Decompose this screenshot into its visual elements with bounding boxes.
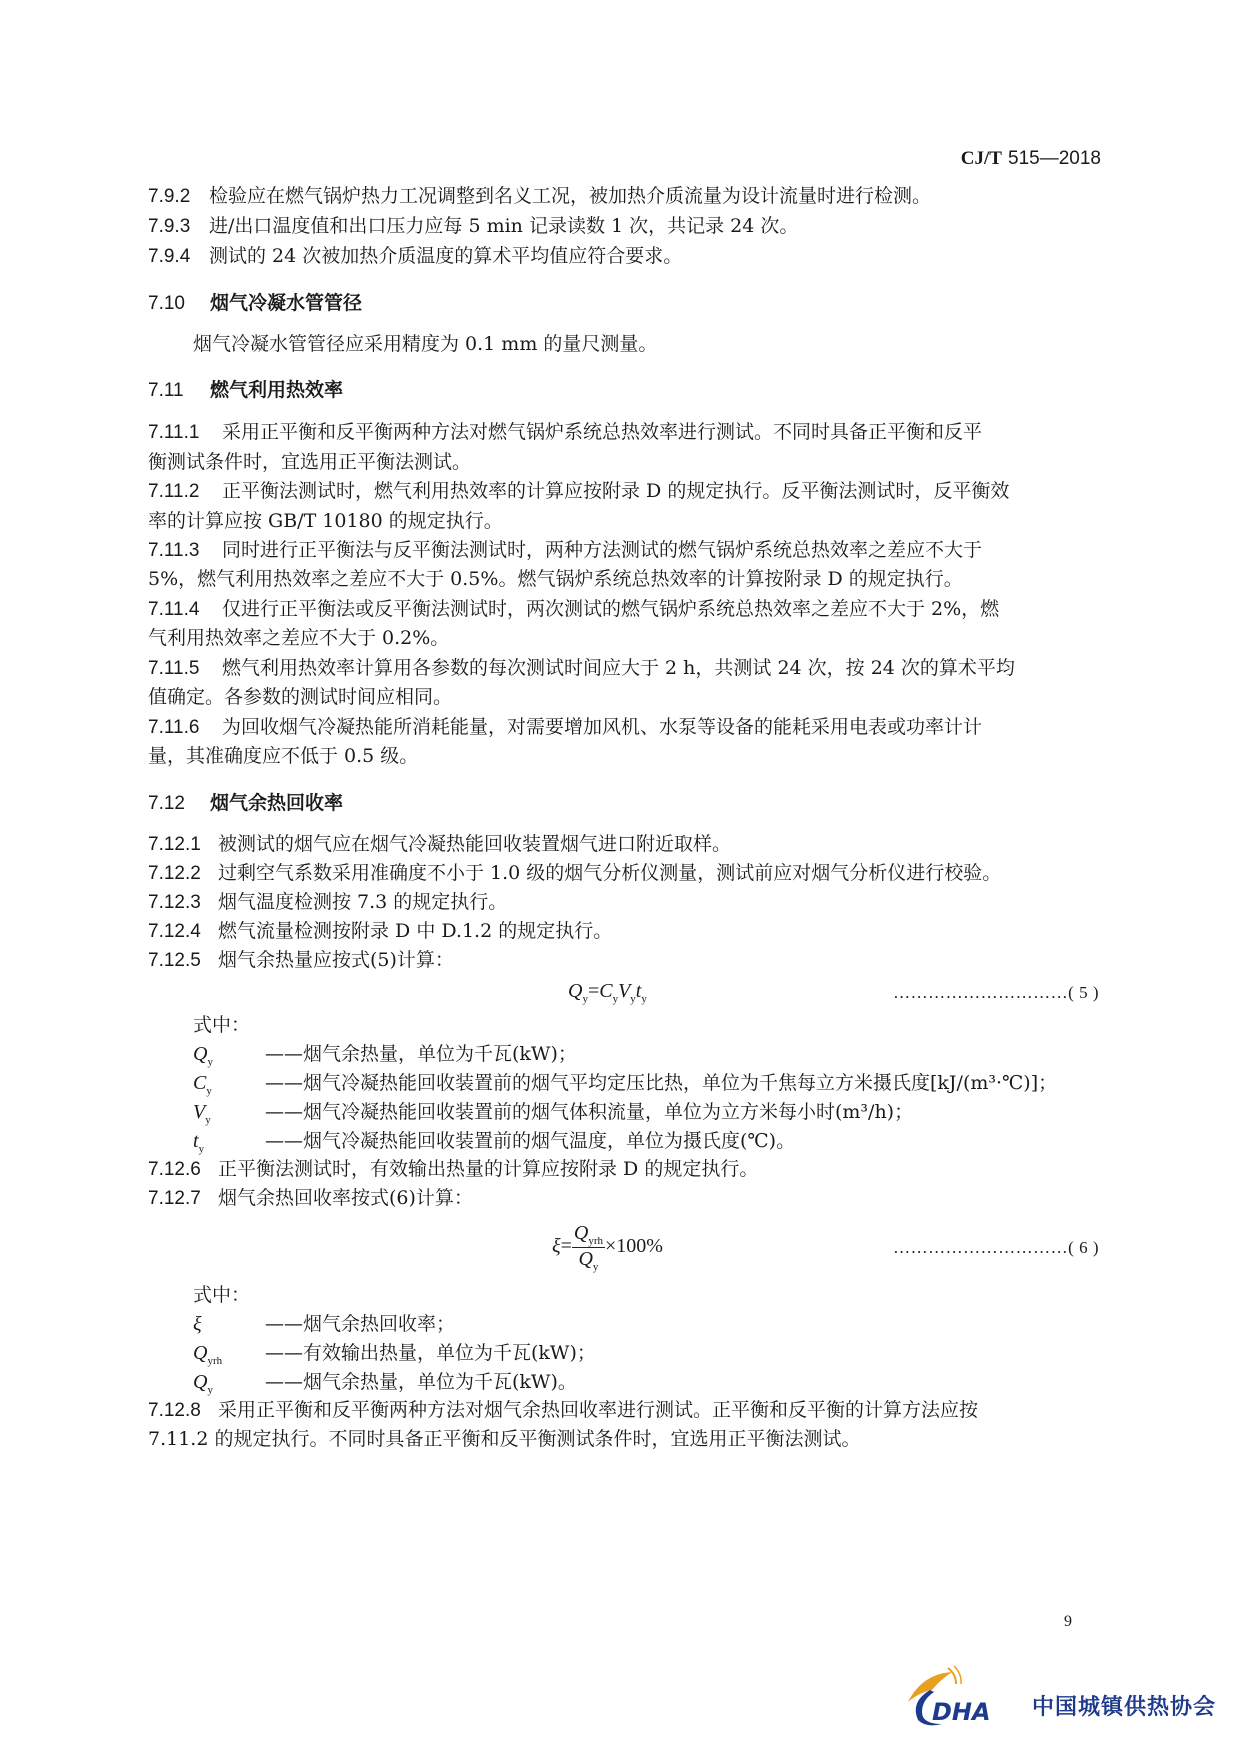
- clause-7-12-7: 7.12.7烟气余热回收率按式(6)计算：: [148, 1185, 473, 1212]
- section-title: 烟气冷凝水管管径: [210, 292, 362, 314]
- section-title: 燃气利用热效率: [210, 379, 343, 401]
- variable-description: ——有效输出热量，单位为千瓦(kW)；: [265, 1342, 596, 1364]
- clause-text: 正平衡法测试时，有效输出热量的计算应按附录 D 的规定执行。: [218, 1158, 758, 1180]
- clause-text: 测试的 24 次被加热介质温度的算术平均值应符合要求。: [209, 245, 682, 267]
- formula-symbol: V: [618, 980, 630, 1002]
- section-heading-7-10: 7.10烟气冷凝水管管径: [148, 288, 362, 315]
- clause-7-9-3: 7.9.3进/出口温度值和出口压力应每 5 min 记录读数 1 次，共记录 2…: [148, 213, 798, 240]
- section-number: 7.10: [148, 293, 210, 315]
- clause-7-11-1-cont: 衡测试条件时，宜选用正平衡法测试。: [148, 449, 471, 475]
- clause-7-12-3: 7.12.3烟气温度检测按 7.3 的规定执行。: [148, 889, 507, 916]
- clause-7-11-6: 7.11.6为回收烟气冷凝热能所消耗能量，对需要增加风机、水泵等设备的能耗采用电…: [148, 714, 982, 741]
- clause-7-12-8-cont: 7.11.2 的规定执行。不同时具备正平衡和反平衡测试条件时，宜选用正平衡法测试…: [148, 1426, 860, 1452]
- clause-7-11-2-cont: 率的计算应按 GB/T 10180 的规定执行。: [148, 508, 503, 534]
- formula-symbol: ξ: [552, 1235, 561, 1257]
- clause-text: 烟气温度检测按 7.3 的规定执行。: [218, 891, 507, 913]
- clause-text: 燃气利用热效率计算用各参数的每次测试时间应大于 2 h，共测试 24 次，按 2…: [222, 657, 1015, 679]
- variable-description: ——烟气余热量，单位为千瓦(kW)。: [265, 1371, 577, 1393]
- standard-code-header: CJ/T 515—2018: [961, 147, 1101, 170]
- clause-number: 7.12.3: [148, 890, 218, 916]
- clause-7-12-2: 7.12.2过剩空气系数采用准确度不小于 1.0 级的烟气分析仪测量，测试前应对…: [148, 860, 1001, 887]
- logo-organization-name: 中国城镇供热协会: [1032, 1690, 1216, 1721]
- clause-number: 7.11.2: [148, 479, 222, 505]
- formula-symbol: Q: [568, 980, 582, 1002]
- clause-text: 燃气流量检测按附录 D 中 D.1.2 的规定执行。: [218, 920, 612, 942]
- variable-description: ——烟气冷凝热能回收装置前的烟气温度，单位为摄氏度(℃)。: [265, 1130, 795, 1152]
- dha-logo-mark-icon: DHA: [902, 1662, 1032, 1732]
- clause-number: 7.12.1: [148, 832, 218, 858]
- formula-equals: =: [588, 980, 599, 1002]
- formula-multiplier: ×100%: [605, 1235, 663, 1257]
- clause-number: 7.12.7: [148, 1186, 218, 1212]
- formula-6: ξ=QyrhQy×100%: [552, 1222, 663, 1273]
- clause-7-11-4-cont: 气利用热效率之差应不大于 0.2%。: [148, 625, 449, 651]
- section-title: 烟气余热回收率: [210, 792, 343, 814]
- clause-text: 烟气余热量应按式(5)计算：: [218, 949, 454, 971]
- clause-7-11-5-cont: 值确定。各参数的测试时间应相同。: [148, 684, 452, 710]
- clause-text: 被测试的烟气应在烟气冷凝热能回收装置烟气进口附近取样。: [218, 833, 731, 855]
- where-label-2: 式中：: [193, 1282, 250, 1308]
- clause-text: 过剩空气系数采用准确度不小于 1.0 级的烟气分析仪测量，测试前应对烟气分析仪进…: [218, 862, 1001, 884]
- clause-7-11-1: 7.11.1采用正平衡和反平衡两种方法对燃气锅炉系统总热效率进行测试。不同时具备…: [148, 419, 982, 446]
- clause-text: 仅进行正平衡法或反平衡法测试时，两次测试的燃气锅炉系统总热效率之差应不大于 2%…: [222, 598, 999, 620]
- clause-text: 烟气余热回收率按式(6)计算：: [218, 1187, 473, 1209]
- clause-number: 7.12.2: [148, 861, 218, 887]
- where-label: 式中：: [193, 1012, 250, 1038]
- clause-text: 采用正平衡和反平衡两种方法对烟气余热回收率进行测试。正平衡和反平衡的计算方法应按: [218, 1399, 978, 1421]
- clause-7-11-4: 7.11.4仅进行正平衡法或反平衡法测试时，两次测试的燃气锅炉系统总热效率之差应…: [148, 596, 999, 623]
- clause-7-9-2: 7.9.2检验应在燃气锅炉热力工况调整到名义工况，被加热介质流量为设计流量时进行…: [148, 183, 931, 210]
- clause-7-12-1: 7.12.1被测试的烟气应在烟气冷凝热能回收装置烟气进口附近取样。: [148, 831, 731, 858]
- clause-number: 7.12.4: [148, 919, 218, 945]
- clause-7-11-2: 7.11.2正平衡法测试时，燃气利用热效率的计算应按附录 D 的规定执行。反平衡…: [148, 478, 1009, 505]
- clause-7-12-8: 7.12.8采用正平衡和反平衡两种方法对烟气余热回收率进行测试。正平衡和反平衡的…: [148, 1397, 978, 1424]
- variable-description: ——烟气冷凝热能回收装置前的烟气平均定压比热，单位为千焦每立方米摄氏度[kJ/(…: [265, 1072, 1057, 1094]
- standard-number: 515—2018: [1008, 148, 1101, 169]
- formula-symbol: C: [599, 980, 612, 1002]
- formula-5: Qy=CyVyty: [568, 980, 647, 1005]
- section-heading-7-12: 7.12烟气余热回收率: [148, 788, 343, 815]
- clause-text: 同时进行正平衡法与反平衡法测试时，两种方法测试的燃气锅炉系统总热效率之差应不大于: [222, 539, 982, 561]
- variable-description: ——烟气冷凝热能回收装置前的烟气体积流量，单位为立方米每小时(m³/h)；: [265, 1101, 913, 1123]
- clause-number: 7.11.3: [148, 538, 222, 564]
- clause-7-12-5: 7.12.5烟气余热量应按式(5)计算：: [148, 947, 454, 974]
- clause-7-11-5: 7.11.5燃气利用热效率计算用各参数的每次测试时间应大于 2 h，共测试 24…: [148, 655, 1015, 682]
- formula-fraction: QyrhQy: [572, 1222, 605, 1273]
- variable-description: ——烟气余热回收率；: [265, 1313, 455, 1335]
- document-page: CJ/T 515—2018 7.9.2检验应在燃气锅炉热力工况调整到名义工况，被…: [0, 0, 1241, 1754]
- clause-number: 7.9.2: [148, 184, 209, 210]
- section-number: 7.11: [148, 380, 210, 402]
- page-number: 9: [1064, 1613, 1072, 1631]
- equation-number-5: …………………………( 5 ): [893, 983, 1099, 1003]
- clause-number: 7.11.5: [148, 656, 222, 682]
- clause-text: 检验应在燃气锅炉热力工况调整到名义工况，被加热介质流量为设计流量时进行检测。: [209, 185, 931, 207]
- clause-number: 7.11.4: [148, 597, 222, 623]
- clause-7-12-4: 7.12.4燃气流量检测按附录 D 中 D.1.2 的规定执行。: [148, 918, 612, 945]
- clause-7-12-6: 7.12.6正平衡法测试时，有效输出热量的计算应按附录 D 的规定执行。: [148, 1156, 758, 1183]
- standard-prefix: CJ/T: [961, 148, 1002, 169]
- clause-number: 7.12.8: [148, 1398, 218, 1424]
- clause-text: 采用正平衡和反平衡两种方法对燃气锅炉系统总热效率进行测试。不同时具备正平衡和反平: [222, 421, 982, 443]
- logo-dha-text: DHA: [932, 1698, 991, 1726]
- equation-number-6: …………………………( 6 ): [893, 1238, 1099, 1258]
- variable-description: ——烟气余热量，单位为千瓦(kW)；: [265, 1043, 577, 1065]
- clause-text: 正平衡法测试时，燃气利用热效率的计算应按附录 D 的规定执行。反平衡法测试时，反…: [222, 480, 1009, 502]
- clause-number: 7.9.4: [148, 244, 209, 270]
- clause-7-11-3-cont: 5%，燃气利用热效率之差应不大于 0.5%。燃气锅炉系统总热效率的计算按附录 D…: [148, 566, 963, 592]
- clause-text: 进/出口温度值和出口压力应每 5 min 记录读数 1 次，共记录 24 次。: [209, 215, 798, 237]
- clause-7-11-3: 7.11.3同时进行正平衡法与反平衡法测试时，两种方法测试的燃气锅炉系统总热效率…: [148, 537, 982, 564]
- chda-logo: DHA 中国城镇供热协会: [902, 1662, 1222, 1732]
- formula-equals: =: [561, 1235, 572, 1257]
- section-7-10-body: 烟气冷凝水管管径应采用精度为 0.1 mm 的量尺测量。: [193, 331, 657, 357]
- clause-number: 7.12.6: [148, 1157, 218, 1183]
- clause-7-9-4: 7.9.4测试的 24 次被加热介质温度的算术平均值应符合要求。: [148, 243, 682, 270]
- formula-subscript: y: [641, 993, 647, 1005]
- clause-7-11-6-cont: 量，其准确度应不低于 0.5 级。: [148, 743, 418, 769]
- section-number: 7.12: [148, 793, 210, 815]
- clause-number: 7.11.6: [148, 715, 222, 741]
- clause-number: 7.9.3: [148, 214, 209, 240]
- clause-number: 7.11.1: [148, 420, 222, 446]
- clause-text: 为回收烟气冷凝热能所消耗能量，对需要增加风机、水泵等设备的能耗采用电表或功率计计: [222, 716, 982, 738]
- section-heading-7-11: 7.11燃气利用热效率: [148, 375, 343, 402]
- clause-number: 7.12.5: [148, 948, 218, 974]
